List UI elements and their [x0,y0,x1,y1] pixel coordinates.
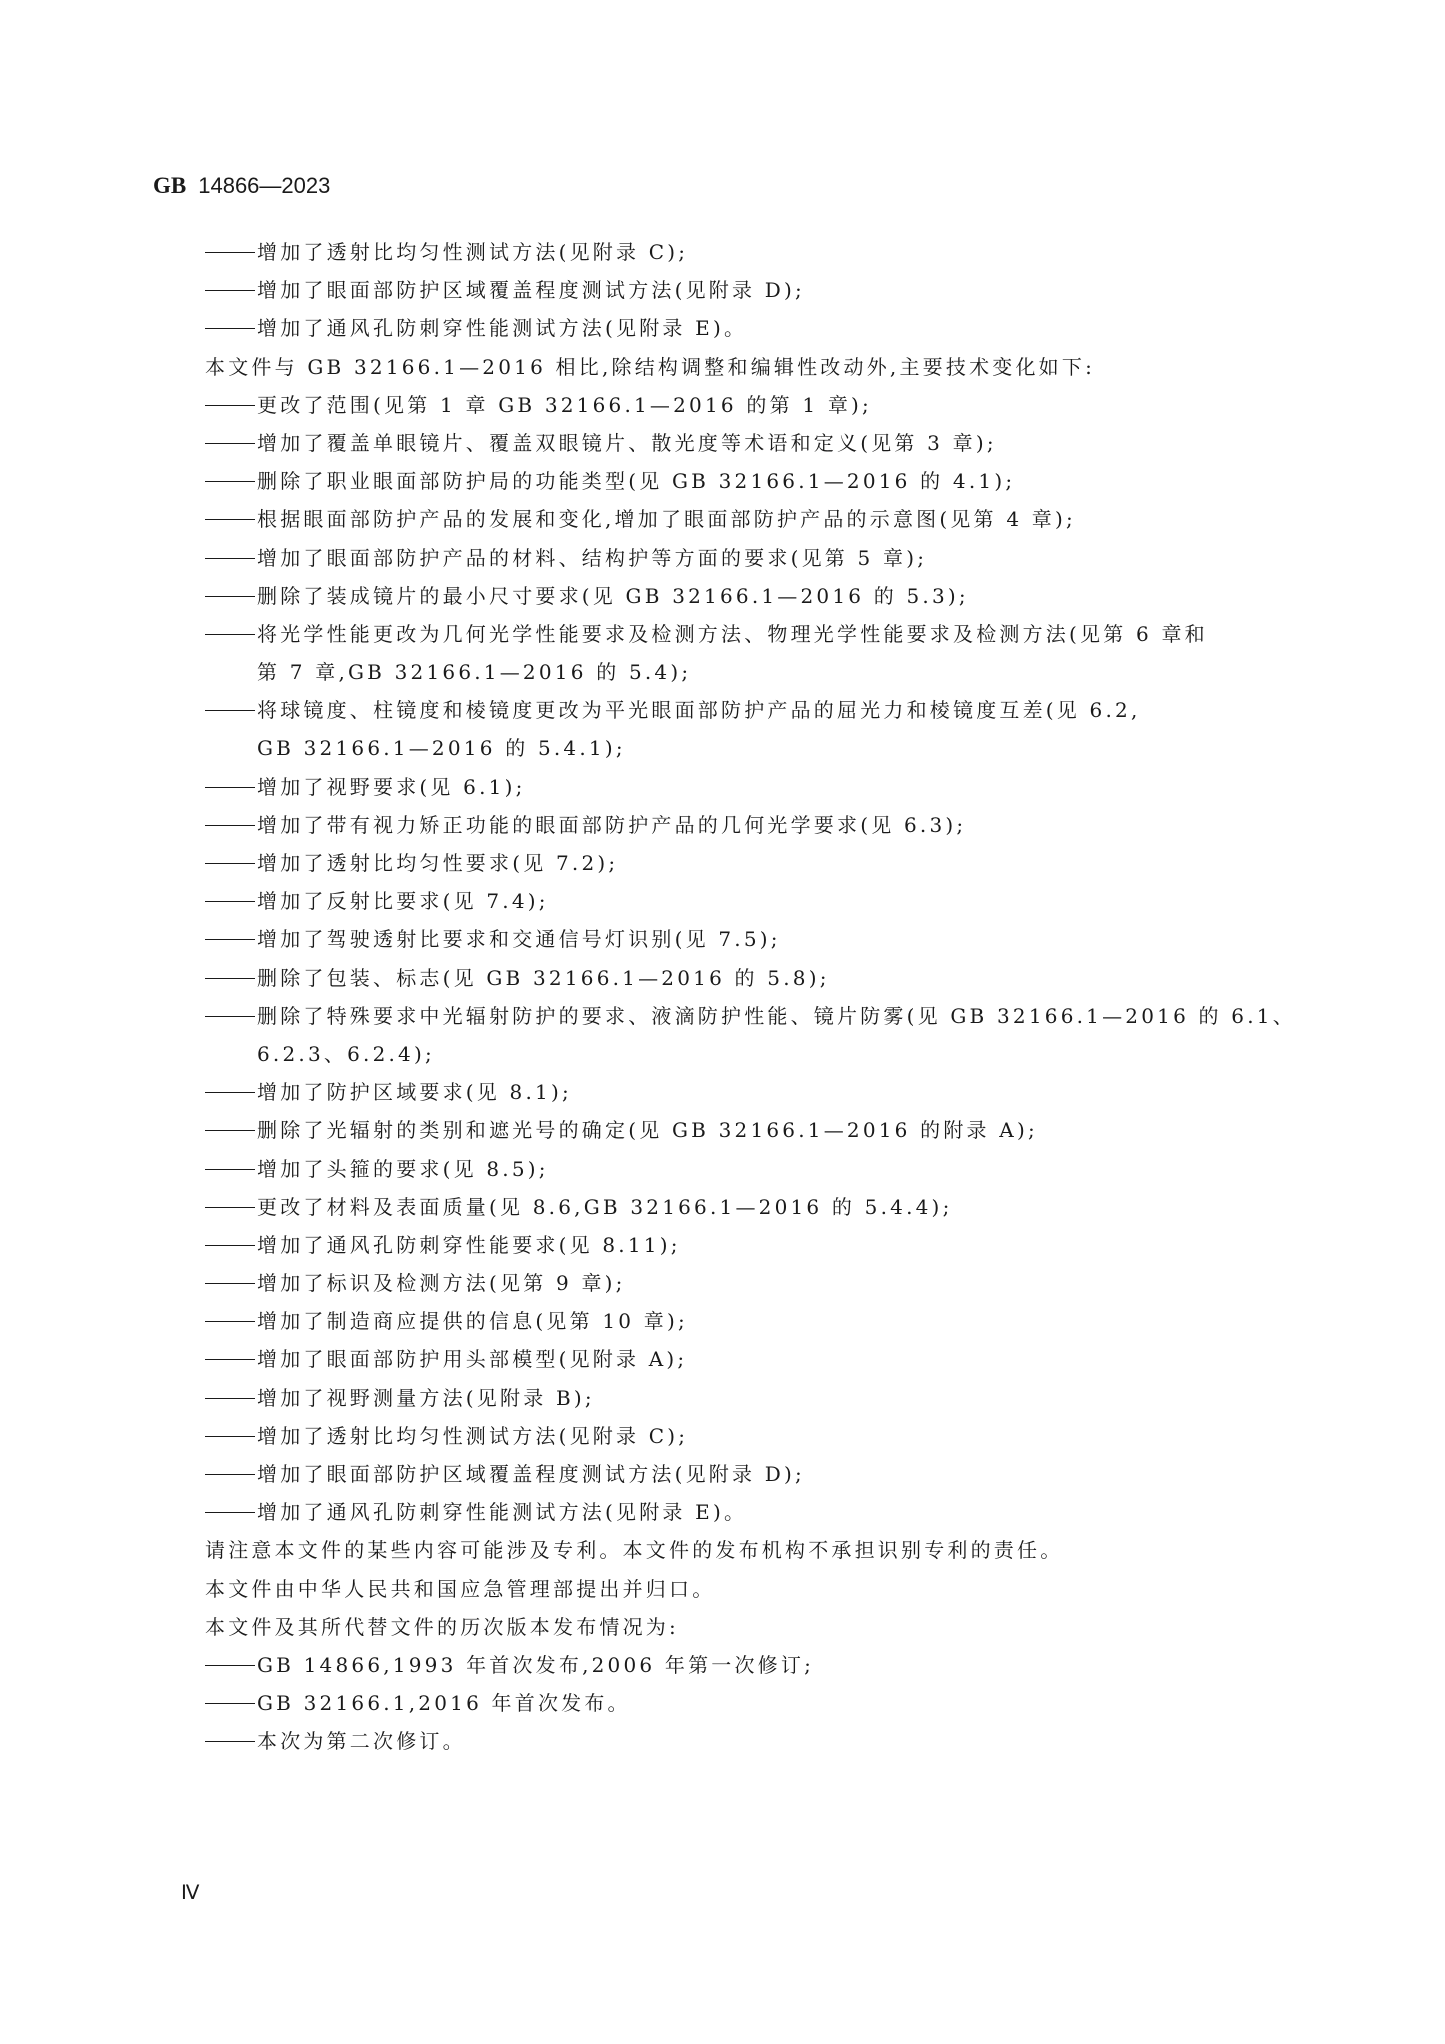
list-item: 增加了带有视力矫正功能的眼面部防护产品的几何光学要求(见 6.3); [205,806,1290,844]
list-item: 增加了视野要求(见 6.1); [205,768,1290,806]
em-dash-bullet-icon [205,1302,257,1340]
list-item: 删除了光辐射的类别和遮光号的确定(见 GB 32166.1—2016 的附录 A… [205,1111,1290,1149]
em-dash-bullet-icon [205,844,257,882]
em-dash-bullet-icon [205,462,257,500]
line-text: 删除了特殊要求中光辐射防护的要求、液滴防护性能、镜片防雾(见 GB 32166.… [257,1004,1296,1028]
line-text: 删除了光辐射的类别和遮光号的确定(见 GB 32166.1—2016 的附录 A… [257,1118,1038,1142]
line-text: 请注意本文件的某些内容可能涉及专利。本文件的发布机构不承担识别专利的责任。 [205,1538,1063,1562]
line-text: GB 32166.1,2016 年首次发布。 [257,1691,631,1715]
line-text: 增加了透射比均匀性要求(见 7.2); [257,851,618,875]
em-dash-bullet-icon [205,1455,257,1493]
line-text: 第 7 章,GB 32166.1—2016 的 5.4); [257,660,691,684]
em-dash-bullet-icon [205,691,257,729]
list-item: 增加了通风孔防刺穿性能测试方法(见附录 E)。 [205,1493,1290,1531]
em-dash-bullet-icon [205,920,257,958]
line-text: 增加了防护区域要求(见 8.1); [257,1080,572,1104]
em-dash-bullet-icon [205,1111,257,1149]
page-header: GB14866—2023 [153,172,330,201]
list-item: 删除了特殊要求中光辐射防护的要求、液滴防护性能、镜片防雾(见 GB 32166.… [205,997,1290,1035]
list-item: 删除了包装、标志(见 GB 32166.1—2016 的 5.8); [205,959,1290,997]
list-item: 增加了通风孔防刺穿性能测试方法(见附录 E)。 [205,309,1290,347]
standard-number: 14866—2023 [198,173,330,198]
list-item: GB 32166.1,2016 年首次发布。 [205,1684,1290,1722]
em-dash-bullet-icon [205,959,257,997]
list-item: 更改了材料及表面质量(见 8.6,GB 32166.1—2016 的 5.4.4… [205,1188,1290,1226]
list-item: 将球镜度、柱镜度和棱镜度更改为平光眼面部防护产品的屈光力和棱镜度互差(见 6.2… [205,691,1290,729]
line-text: 增加了视野要求(见 6.1); [257,775,526,799]
line-text: 增加了眼面部防护用头部模型(见附录 A); [257,1347,687,1371]
line-text: 增加了眼面部防护区域覆盖程度测试方法(见附录 D); [257,1462,805,1486]
em-dash-bullet-icon [205,577,257,615]
standard-prefix: GB [153,173,186,198]
list-item: 本次为第二次修订。 [205,1722,1290,1760]
line-text: GB 14866,1993 年首次发布,2006 年第一次修订; [257,1653,814,1677]
line-text: 根据眼面部防护产品的发展和变化,增加了眼面部防护产品的示意图(见第 4 章); [257,507,1076,531]
em-dash-bullet-icon [205,1684,257,1722]
list-item: 增加了反射比要求(见 7.4); [205,882,1290,920]
line-text: 删除了职业眼面部防护局的功能类型(见 GB 32166.1—2016 的 4.1… [257,469,1015,493]
line-text: 删除了装成镜片的最小尺寸要求(见 GB 32166.1—2016 的 5.3); [257,584,969,608]
line-text: 增加了通风孔防刺穿性能测试方法(见附录 E)。 [257,1500,747,1524]
em-dash-bullet-icon [205,1417,257,1455]
line-text: 本文件由中华人民共和国应急管理部提出并归口。 [205,1577,715,1601]
list-item: 增加了眼面部防护用头部模型(见附录 A); [205,1340,1290,1378]
list-item-continuation: GB 32166.1—2016 的 5.4.1); [205,729,1290,767]
list-item: 增加了透射比均匀性测试方法(见附录 C); [205,1417,1290,1455]
line-text: 增加了透射比均匀性测试方法(见附录 C); [257,240,688,264]
line-text: 删除了包装、标志(见 GB 32166.1—2016 的 5.8); [257,966,830,990]
list-item: 增加了眼面部防护区域覆盖程度测试方法(见附录 D); [205,1455,1290,1493]
list-item: 根据眼面部防护产品的发展和变化,增加了眼面部防护产品的示意图(见第 4 章); [205,500,1290,538]
em-dash-bullet-icon [205,1073,257,1111]
line-text: 增加了反射比要求(见 7.4); [257,889,549,913]
list-item: 删除了装成镜片的最小尺寸要求(见 GB 32166.1—2016 的 5.3); [205,577,1290,615]
em-dash-bullet-icon [205,1722,257,1760]
line-text: 增加了制造商应提供的信息(见第 10 章); [257,1309,688,1333]
em-dash-bullet-icon [205,1188,257,1226]
line-text: 本次为第二次修订。 [257,1729,466,1753]
line-text: 增加了驾驶透射比要求和交通信号灯识别(见 7.5); [257,927,781,951]
line-text: 增加了通风孔防刺穿性能要求(见 8.11); [257,1233,681,1257]
em-dash-bullet-icon [205,1379,257,1417]
list-item: 增加了透射比均匀性要求(见 7.2); [205,844,1290,882]
em-dash-bullet-icon [205,1150,257,1188]
em-dash-bullet-icon [205,615,257,653]
line-text: 将光学性能更改为几何光学性能要求及检测方法、物理光学性能要求及检测方法(见第 6… [257,622,1208,646]
list-item: 增加了制造商应提供的信息(见第 10 章); [205,1302,1290,1340]
line-text: 增加了通风孔防刺穿性能测试方法(见附录 E)。 [257,316,747,340]
em-dash-bullet-icon [205,1493,257,1531]
line-text: 6.2.3、6.2.4); [257,1042,435,1066]
paragraph: 本文件及其所代替文件的历次版本发布情况为: [205,1608,1290,1646]
em-dash-bullet-icon [205,1226,257,1264]
list-item-continuation: 6.2.3、6.2.4); [205,1035,1290,1073]
line-text: 增加了眼面部防护产品的材料、结构护等方面的要求(见第 5 章); [257,546,927,570]
list-item: GB 14866,1993 年首次发布,2006 年第一次修订; [205,1646,1290,1684]
list-item: 增加了透射比均匀性测试方法(见附录 C); [205,233,1290,271]
list-item: 增加了标识及检测方法(见第 9 章); [205,1264,1290,1302]
em-dash-bullet-icon [205,233,257,271]
line-text: 增加了标识及检测方法(见第 9 章); [257,1271,626,1295]
list-item: 更改了范围(见第 1 章 GB 32166.1—2016 的第 1 章); [205,386,1290,424]
line-text: 增加了透射比均匀性测试方法(见附录 C); [257,1424,688,1448]
em-dash-bullet-icon [205,768,257,806]
line-text: 增加了视野测量方法(见附录 B); [257,1386,595,1410]
list-item: 增加了视野测量方法(见附录 B); [205,1379,1290,1417]
em-dash-bullet-icon [205,500,257,538]
em-dash-bullet-icon [205,882,257,920]
line-text: 增加了覆盖单眼镜片、覆盖双眼镜片、散光度等术语和定义(见第 3 章); [257,431,997,455]
em-dash-bullet-icon [205,1340,257,1378]
em-dash-bullet-icon [205,997,257,1035]
list-item-continuation: 第 7 章,GB 32166.1—2016 的 5.4); [205,653,1290,691]
em-dash-bullet-icon [205,1264,257,1302]
em-dash-bullet-icon [205,539,257,577]
line-text: 本文件与 GB 32166.1—2016 相比,除结构调整和编辑性改动外,主要技… [205,355,1095,379]
line-text: 更改了范围(见第 1 章 GB 32166.1—2016 的第 1 章); [257,393,872,417]
page-number: Ⅳ [181,1880,199,1905]
em-dash-bullet-icon [205,309,257,347]
line-text: 增加了眼面部防护区域覆盖程度测试方法(见附录 D); [257,278,805,302]
list-item: 增加了通风孔防刺穿性能要求(见 8.11); [205,1226,1290,1264]
line-text: 增加了带有视力矫正功能的眼面部防护产品的几何光学要求(见 6.3); [257,813,966,837]
em-dash-bullet-icon [205,806,257,844]
em-dash-bullet-icon [205,271,257,309]
list-item: 将光学性能更改为几何光学性能要求及检测方法、物理光学性能要求及检测方法(见第 6… [205,615,1290,653]
list-item: 增加了眼面部防护产品的材料、结构护等方面的要求(见第 5 章); [205,539,1290,577]
list-item: 增加了头箍的要求(见 8.5); [205,1150,1290,1188]
paragraph: 本文件与 GB 32166.1—2016 相比,除结构调整和编辑性改动外,主要技… [205,348,1290,386]
list-item: 增加了覆盖单眼镜片、覆盖双眼镜片、散光度等术语和定义(见第 3 章); [205,424,1290,462]
line-text: 增加了头箍的要求(见 8.5); [257,1157,549,1181]
em-dash-bullet-icon [205,1646,257,1684]
line-text: 将球镜度、柱镜度和棱镜度更改为平光眼面部防护产品的屈光力和棱镜度互差(见 6.2… [257,698,1141,722]
list-item: 删除了职业眼面部防护局的功能类型(见 GB 32166.1—2016 的 4.1… [205,462,1290,500]
line-text: 更改了材料及表面质量(见 8.6,GB 32166.1—2016 的 5.4.4… [257,1195,953,1219]
line-text: GB 32166.1—2016 的 5.4.1); [257,736,626,760]
em-dash-bullet-icon [205,386,257,424]
list-item: 增加了眼面部防护区域覆盖程度测试方法(见附录 D); [205,271,1290,309]
line-text: 本文件及其所代替文件的历次版本发布情况为: [205,1615,679,1639]
list-item: 增加了驾驶透射比要求和交通信号灯识别(见 7.5); [205,920,1290,958]
list-item: 增加了防护区域要求(见 8.1); [205,1073,1290,1111]
paragraph: 请注意本文件的某些内容可能涉及专利。本文件的发布机构不承担识别专利的责任。 [205,1531,1290,1569]
em-dash-bullet-icon [205,424,257,462]
foreword-content: 增加了透射比均匀性测试方法(见附录 C);增加了眼面部防护区域覆盖程度测试方法(… [205,233,1290,1761]
paragraph: 本文件由中华人民共和国应急管理部提出并归口。 [205,1570,1290,1608]
